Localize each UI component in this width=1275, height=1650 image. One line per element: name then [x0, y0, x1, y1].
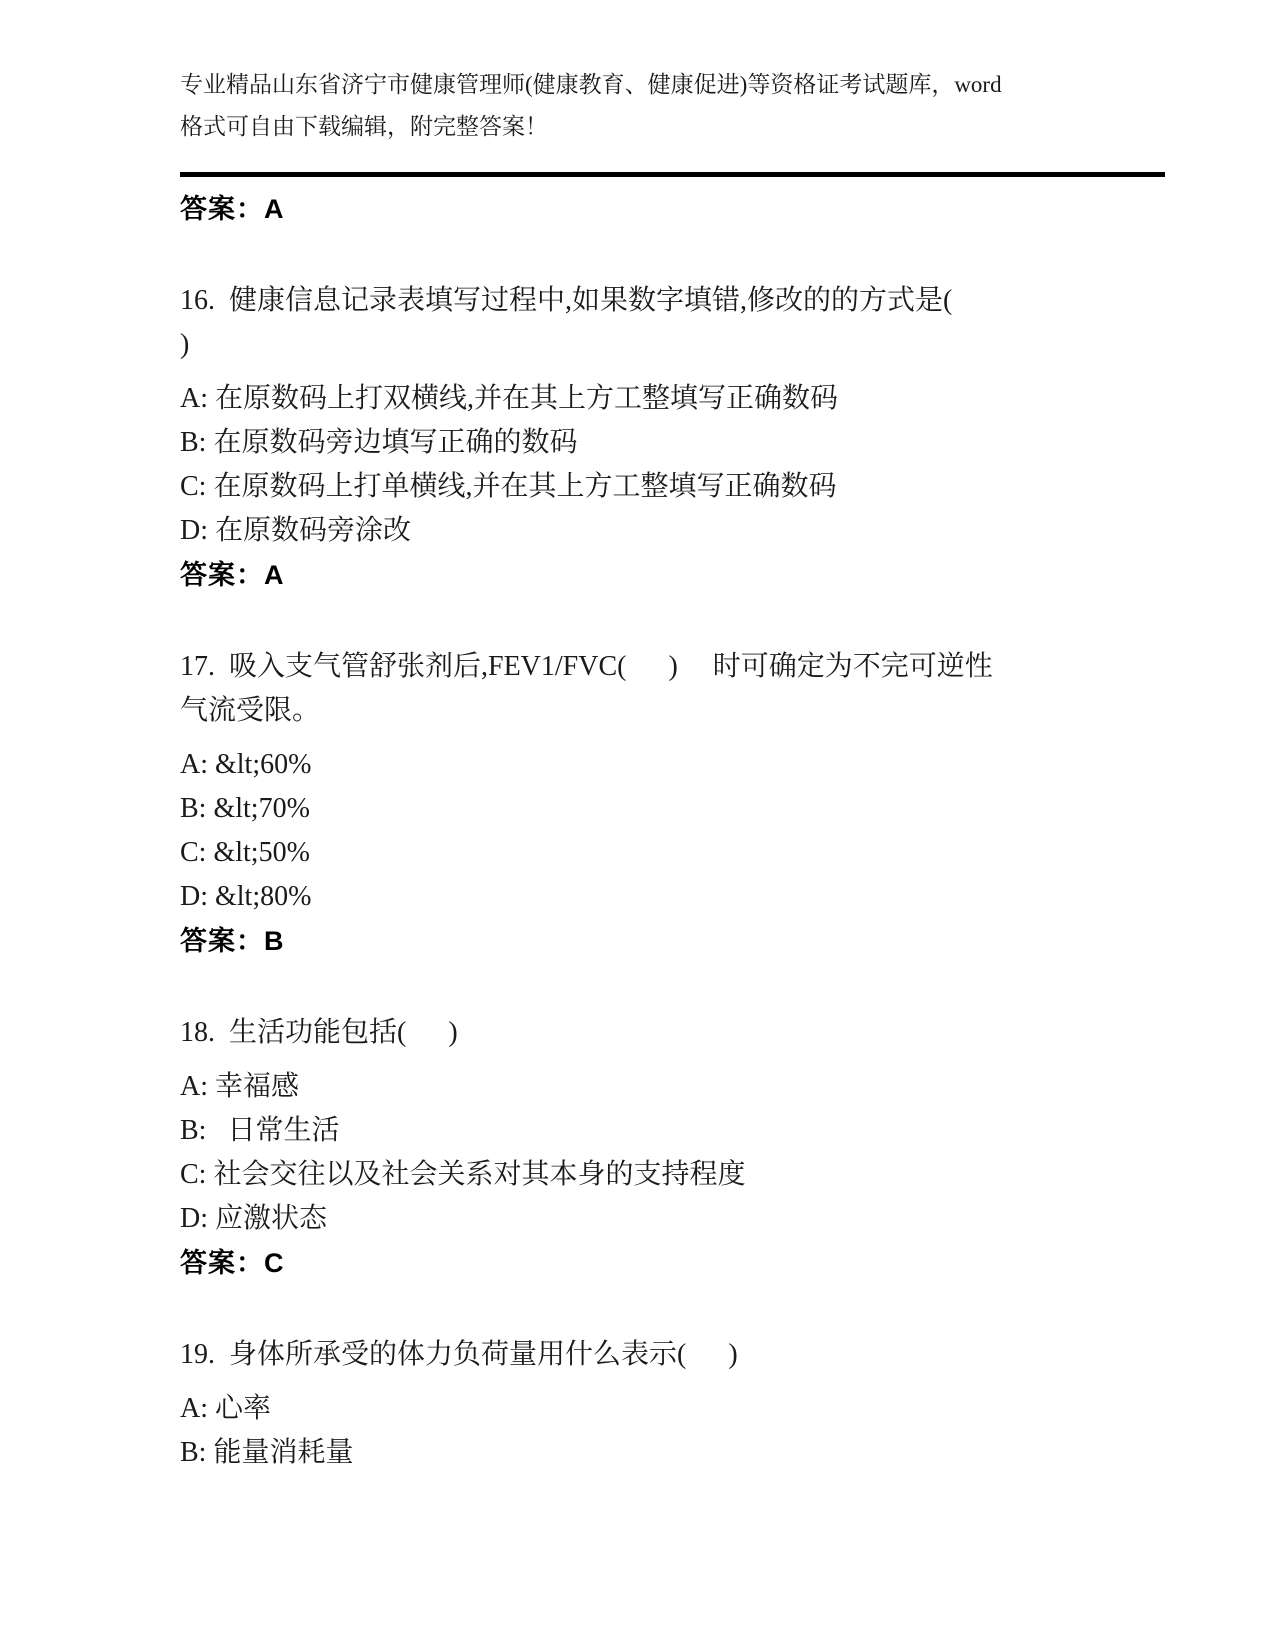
- question-16-option-d: D: 在原数码旁涂改: [180, 509, 1165, 553]
- question-18-option-c: C: 社会交往以及社会关系对其本身的支持程度: [180, 1153, 1165, 1197]
- question-16-option-a: A: 在原数码上打双横线,并在其上方工整填写正确数码: [180, 377, 1165, 421]
- question-18: 18. 生活功能包括( ) A: 幸福感 B: 日常生活 C: 社会交往以及社会…: [180, 1011, 1165, 1285]
- question-17-text-continued: 气流受限。: [180, 689, 1165, 733]
- question-19-text: 19. 身体所承受的体力负荷量用什么表示( ): [180, 1333, 1165, 1377]
- question-16-option-b: B: 在原数码旁边填写正确的数码: [180, 421, 1165, 465]
- question-19-options: A: 心率 B: 能量消耗量: [180, 1387, 1165, 1475]
- question-19-option-b: B: 能量消耗量: [180, 1431, 1165, 1475]
- question-18-option-b: B: 日常生活: [180, 1109, 1165, 1153]
- question-17: 17. 吸入支气管舒张剂后,FEV1/FVC( ) 时可确定为不完可逆性 气流受…: [180, 645, 1165, 963]
- question-18-options: A: 幸福感 B: 日常生活 C: 社会交往以及社会关系对其本身的支持程度 D:…: [180, 1065, 1165, 1241]
- question-19: 19. 身体所承受的体力负荷量用什么表示( ) A: 心率 B: 能量消耗量: [180, 1333, 1165, 1475]
- header-disclaimer-line-1: 专业精品山东省济宁市健康管理师(健康教育、健康促进)等资格证考试题库，word: [180, 64, 1165, 106]
- question-16: 16. 健康信息记录表填写过程中,如果数字填错,修改的的方式是( ) A: 在原…: [180, 279, 1165, 597]
- question-16-answer: 答案：A: [180, 553, 1165, 597]
- header-divider: [180, 172, 1165, 177]
- question-17-option-b: B: &lt;70%: [180, 787, 1165, 831]
- question-18-option-a: A: 幸福感: [180, 1065, 1165, 1109]
- question-17-option-d: D: &lt;80%: [180, 875, 1165, 919]
- question-18-text: 18. 生活功能包括( ): [180, 1011, 1165, 1055]
- question-17-options: A: &lt;60% B: &lt;70% C: &lt;50% D: &lt;…: [180, 743, 1165, 919]
- answer-line-previous-question: 答案：A: [180, 187, 1165, 231]
- question-16-text: 16. 健康信息记录表填写过程中,如果数字填错,修改的的方式是(: [180, 279, 1165, 323]
- question-16-options: A: 在原数码上打双横线,并在其上方工整填写正确数码 B: 在原数码旁边填写正确…: [180, 377, 1165, 553]
- question-18-answer: 答案：C: [180, 1241, 1165, 1285]
- question-17-text: 17. 吸入支气管舒张剂后,FEV1/FVC( ) 时可确定为不完可逆性: [180, 645, 1165, 689]
- document-header: 专业精品山东省济宁市健康管理师(健康教育、健康促进)等资格证考试题库，word …: [180, 64, 1165, 148]
- question-17-option-c: C: &lt;50%: [180, 831, 1165, 875]
- document-page: 专业精品山东省济宁市健康管理师(健康教育、健康促进)等资格证考试题库，word …: [0, 0, 1275, 1650]
- question-19-option-a: A: 心率: [180, 1387, 1165, 1431]
- document-body: 答案：A 16. 健康信息记录表填写过程中,如果数字填错,修改的的方式是( ) …: [180, 187, 1165, 1475]
- question-16-text-continued: ): [180, 323, 1165, 367]
- question-18-option-d: D: 应激状态: [180, 1197, 1165, 1241]
- question-17-answer: 答案：B: [180, 919, 1165, 963]
- question-16-option-c: C: 在原数码上打单横线,并在其上方工整填写正确数码: [180, 465, 1165, 509]
- question-17-option-a: A: &lt;60%: [180, 743, 1165, 787]
- header-disclaimer-line-2: 格式可自由下载编辑，附完整答案！: [180, 106, 1165, 148]
